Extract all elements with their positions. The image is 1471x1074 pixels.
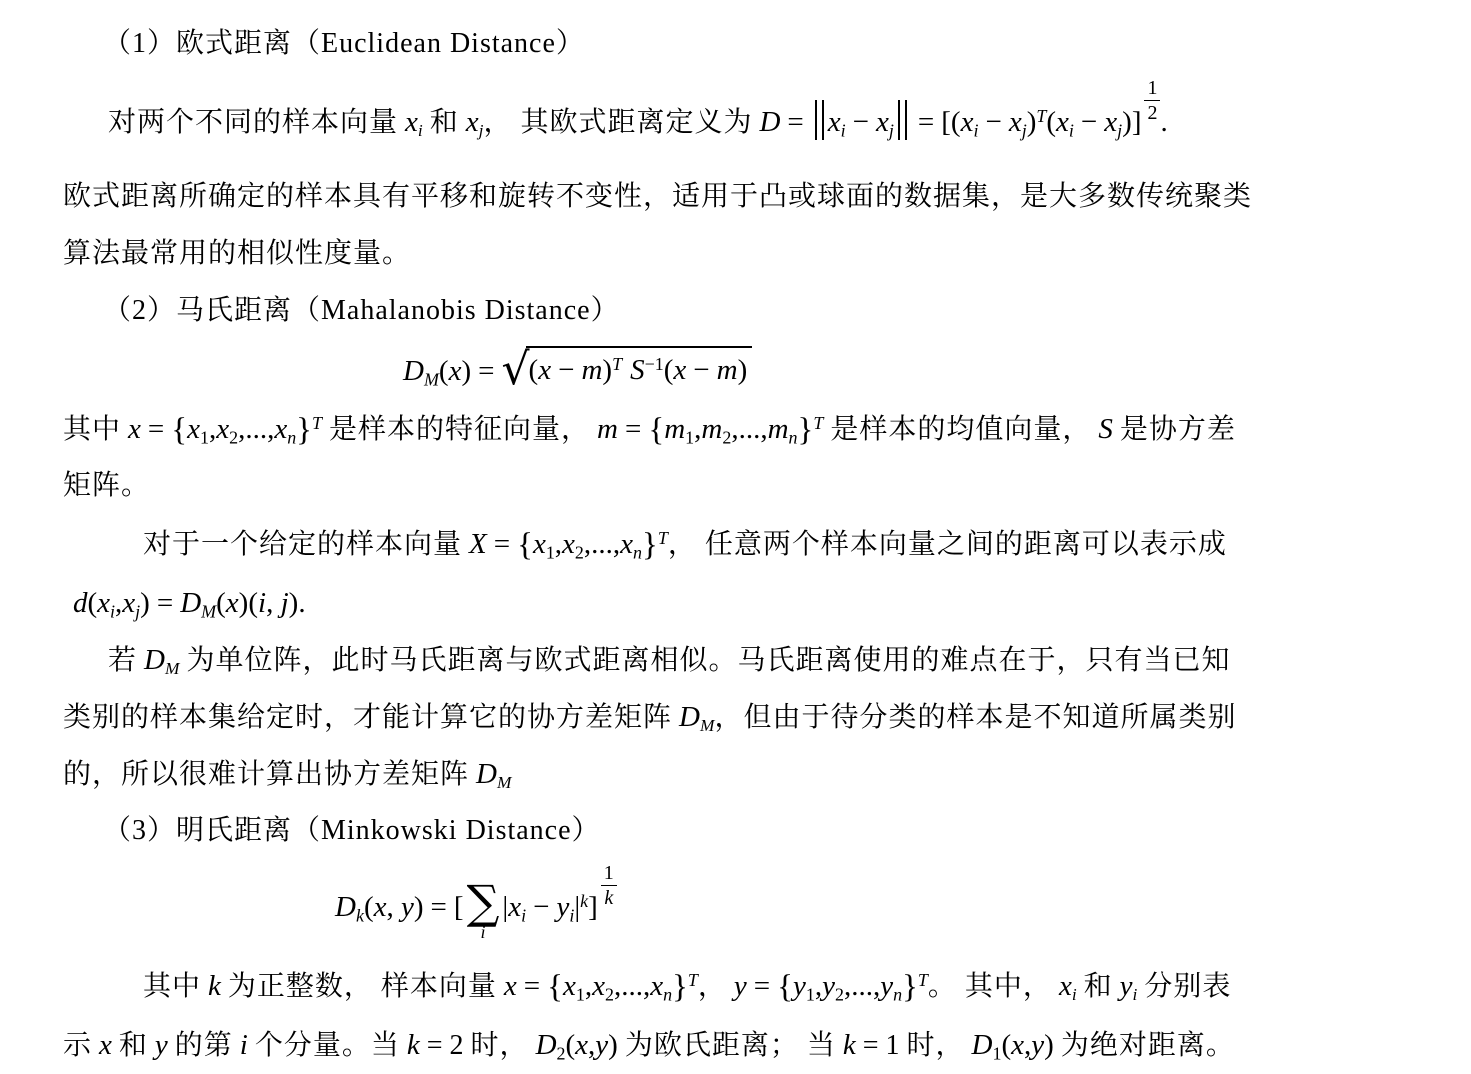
var-x: x (1056, 106, 1069, 138)
var-X: X (469, 528, 487, 560)
var-y: y (595, 1029, 608, 1061)
sub-1: 1 (685, 427, 694, 447)
formula-euclidean: D=xi−xj=[(xi−xj)T(xi−xj)]12. (759, 106, 1167, 138)
para-euclidean-line3: 算法最常用的相似性度量。 (63, 225, 1411, 282)
paren-open: ( (439, 355, 449, 387)
minus-sign: − (551, 354, 581, 386)
sub-M: M (700, 716, 714, 735)
paren-close: ) (1044, 1029, 1054, 1061)
paren-close: ) (738, 354, 748, 386)
var-D: D (536, 1029, 557, 1061)
var-y: y (1120, 970, 1133, 1002)
para-mahalanobis-line1: 其中 x={x1,x2,...,xn}T 是样本的特征向量， m={m1,m2,… (63, 400, 1411, 458)
paren-close: ) (239, 587, 249, 619)
comma: , (555, 528, 562, 560)
text-run: 和 (430, 107, 459, 138)
text-run: 欧式距离所确定的样本具有平移和旋转不变性，适用于凸或球面的数据集，是大多数传统聚… (63, 181, 1252, 212)
formula-minkowski-body: Dk(x, y)=[∑i|xi−yi|k]1k (335, 891, 617, 923)
sub-i: i (1072, 985, 1077, 1004)
paren-close: ) (1122, 106, 1132, 138)
formula-distance-body: d(xi,xj)=DM(x)(i, j). (73, 587, 306, 619)
var-D: D (180, 587, 201, 619)
sup-transpose: T (1036, 106, 1046, 126)
minus-sign: − (1074, 106, 1104, 138)
ellipsis: ,..., (731, 413, 767, 445)
var-i: i (258, 587, 266, 619)
sub-1: 1 (200, 427, 209, 447)
equals-sign: = (141, 413, 171, 445)
var-x: x (226, 587, 239, 619)
brace-close: } (902, 969, 918, 1005)
var-m: m (597, 413, 618, 445)
paren-close: ) (140, 587, 150, 619)
var-x: x (876, 106, 889, 138)
para-mahalanobis-line2: 矩阵。 (63, 458, 1411, 514)
var-x: x (405, 106, 418, 138)
var-x: x (508, 891, 521, 923)
formula-minkowski: Dk(x, y)=[∑i|xi−yi|k]1k (63, 859, 1411, 955)
paren-open: ( (529, 354, 539, 386)
paren-close: ) (414, 891, 424, 923)
bracket-open: [ (454, 891, 464, 923)
vector-x-definition: x={x1,x2,...,xn}T (504, 970, 698, 1002)
double-norm-bar-icon (898, 100, 907, 140)
ellipsis: ,..., (844, 970, 880, 1002)
sigma-icon: ∑ (467, 881, 500, 923)
text-run: 类别的样本集给定时，才能计算它的协方差矩阵 (63, 702, 672, 733)
brace-open: { (777, 969, 793, 1005)
minus-sign: − (846, 106, 876, 138)
heading-minkowski: （3）明氏距离（Minkowski Distance） (63, 803, 1411, 859)
text-run: 是样本的均值向量， (830, 414, 1091, 445)
heading-euclidean-text: （1）欧式距离（Euclidean Distance） (103, 28, 585, 59)
text-run: 和 (1084, 971, 1113, 1002)
equals-sign: = (517, 970, 547, 1002)
var-x: x (187, 413, 200, 445)
var-x: x (562, 528, 575, 560)
sub-j: j (889, 120, 894, 140)
text-run: ， (698, 971, 727, 1002)
var-D: D (144, 644, 165, 676)
var-x: x (97, 587, 110, 619)
var-m: m (581, 354, 602, 386)
brace-open: { (648, 412, 664, 448)
var-D: D (679, 701, 700, 733)
equals-sign: = (420, 1030, 450, 1061)
sub-2: 2 (605, 984, 614, 1004)
var-D: D (403, 355, 424, 387)
sup-transpose: T (813, 413, 823, 433)
fraction-denominator: k (601, 886, 617, 909)
exponent-one-over-k: 1k (601, 862, 617, 909)
brace-close: } (642, 527, 658, 563)
var-x: x (533, 528, 546, 560)
equals-sign: = (911, 106, 941, 138)
var-D: D (759, 106, 780, 138)
vector-y-definition: y={y1,y2,...,yn}T (734, 970, 928, 1002)
sub-n: n (663, 984, 672, 1004)
ellipsis: ,..., (238, 413, 274, 445)
var-x: x (673, 354, 686, 386)
var-x: x (538, 354, 551, 386)
var-x: x (1059, 970, 1072, 1002)
sub-i: i (418, 121, 423, 140)
sup-transpose: T (612, 354, 622, 374)
formula-D1: D1(x,y) (972, 1029, 1054, 1061)
var-x: x (592, 970, 605, 1002)
sub-n: n (893, 984, 902, 1004)
paren-close: ) (602, 354, 612, 386)
var-y: y (155, 1029, 168, 1061)
ellipsis: ,..., (584, 528, 620, 560)
var-m: m (664, 413, 685, 445)
text-run: 的，所以很难计算出协方差矩阵 (63, 759, 469, 790)
comma: , (585, 970, 592, 1002)
text-run: 。 其中， (928, 971, 1052, 1002)
text-run: ， 其欧式距离定义为 (483, 107, 752, 138)
minus-sign: − (978, 106, 1008, 138)
var-y: y (556, 891, 569, 923)
para-euclidean-line2: 欧式距离所确定的样本具有平移和旋转不变性，适用于凸或球面的数据集，是大多数传统聚… (63, 168, 1411, 225)
var-y: y (822, 970, 835, 1002)
bracket-close: ] (1132, 106, 1142, 138)
para-euclidean-line1: 对两个不同的样本向量 xi 和 xj， 其欧式距离定义为 D=xi−xj=[(x… (63, 76, 1411, 168)
summation: ∑i (467, 881, 500, 941)
vector-X-definition: X={x1,x2,...,xn}T (469, 528, 668, 560)
var-x: x (1009, 106, 1022, 138)
text-run: 矩阵。 (63, 470, 150, 501)
var-x: x (1104, 106, 1117, 138)
text-run: 为欧氏距离； 当 (625, 1030, 836, 1061)
paren-open: ( (1046, 106, 1056, 138)
para-minkowski-line2: 示 x 和 y 的第 i 个分量。当 k=2 时， D2(x,y) 为欧氏距离；… (63, 1017, 1411, 1074)
equals-sign: = (424, 891, 454, 923)
var-x: x (650, 970, 663, 1002)
exponent-one-half: 12 (1144, 77, 1160, 124)
equals-sign: = (471, 355, 501, 387)
sup-transpose: T (918, 970, 928, 990)
var-x: x (216, 413, 229, 445)
var-x: x (128, 413, 141, 445)
paren-close: ) (608, 1029, 618, 1061)
equals-sign: = (618, 413, 648, 445)
var-k: k (208, 970, 221, 1002)
paren-close: ) (461, 355, 471, 387)
number-2: 2 (450, 1030, 464, 1061)
var-k: k (843, 1029, 856, 1061)
sup-inverse: −1 (645, 354, 664, 374)
brace-close: } (296, 412, 312, 448)
equals-sign: = (150, 587, 180, 619)
var-x: x (961, 106, 974, 138)
para-identity-line3: 的，所以很难计算出协方差矩阵 DM (63, 746, 1411, 803)
var-y: y (1031, 1029, 1044, 1061)
minus-sign: − (526, 891, 556, 923)
text-run: 对于一个给定的样本向量 (143, 529, 462, 560)
sub-2: 2 (575, 542, 584, 562)
text-run: 分别表 (1144, 971, 1231, 1002)
var-x: x (1011, 1029, 1024, 1061)
text-run: 的第 (175, 1030, 233, 1061)
var-x: x (620, 528, 633, 560)
formula-mahalanobis-body: DM(x)=√(x−m)TS−1(x−m) (403, 355, 752, 387)
var-m: m (701, 413, 722, 445)
text-run: ， 任意两个样本向量之间的距离可以表示成 (668, 529, 1227, 560)
var-m: m (768, 413, 789, 445)
text-run: 其中 (143, 971, 201, 1002)
para-identity-line2: 类别的样本集给定时，才能计算它的协方差矩阵 DM，但由于待分类的样本是不知道所属… (63, 689, 1411, 746)
heading-mahalanobis: （2）马氏距离（Mahalanobis Distance） (63, 282, 1411, 340)
var-y: y (793, 970, 806, 1002)
ellipsis: ,..., (614, 970, 650, 1002)
vector-m-definition: m={m1,m2,...,mn}T (597, 413, 823, 445)
sub-n: n (287, 427, 296, 447)
var-x: x (575, 1029, 588, 1061)
brace-open: { (547, 969, 563, 1005)
text-run: 示 (63, 1030, 92, 1061)
fraction-numerator: 1 (601, 862, 617, 886)
sub-M: M (497, 773, 511, 792)
sub-2: 2 (722, 427, 731, 447)
var-S: S (1098, 413, 1113, 445)
document-content: （1）欧式距离（Euclidean Distance） 对两个不同的样本向量 x… (0, 0, 1471, 1074)
var-y: y (734, 970, 747, 1002)
fraction-denominator: 2 (1144, 101, 1160, 124)
paren-open: ( (1001, 1029, 1011, 1061)
sub-2: 2 (229, 427, 238, 447)
var-m: m (717, 354, 738, 386)
comma: , (386, 891, 393, 923)
text-run: ，但由于待分类的样本是不知道所属类别 (714, 702, 1236, 733)
sub-2: 2 (557, 1043, 566, 1063)
text-run: 对两个不同的样本向量 (108, 107, 398, 138)
brace-open: { (517, 527, 533, 563)
sub-M: M (165, 659, 179, 678)
comma: , (266, 587, 273, 619)
var-i: i (240, 1029, 248, 1061)
sub-i: i (1133, 985, 1138, 1004)
bracket-open: [ (941, 106, 951, 138)
sub-n: n (789, 427, 798, 447)
var-x: x (449, 355, 462, 387)
var-x: x (274, 413, 287, 445)
para-identity-line1: 若 DM 为单位阵，此时马氏距离与欧式距离相似。马氏距离使用的难点在于，只有当已… (63, 632, 1411, 689)
var-x: x (504, 970, 517, 1002)
brace-close: } (798, 412, 814, 448)
brace-open: { (171, 412, 187, 448)
var-D: D (972, 1029, 993, 1061)
text-run: 和 (119, 1030, 148, 1061)
fraction-numerator: 1 (1144, 77, 1160, 101)
text-run: 时， (471, 1030, 529, 1061)
paren-open: ( (88, 587, 98, 619)
var-d: d (73, 587, 88, 619)
period: . (298, 587, 305, 619)
var-x: x (466, 106, 479, 138)
sub-2: 2 (835, 984, 844, 1004)
number-1: 1 (886, 1030, 900, 1061)
text-run: 是协方差 (1120, 414, 1236, 445)
heading-euclidean: （1）欧式距离（Euclidean Distance） (63, 12, 1411, 76)
sub-1: 1 (576, 984, 585, 1004)
sub-1: 1 (806, 984, 815, 1004)
radicand: (x−m)TS−1(x−m) (526, 346, 753, 393)
sup-k: k (580, 891, 588, 911)
sub-k: k (356, 905, 364, 925)
heading-mahalanobis-text: （2）马氏距离（Mahalanobis Distance） (103, 295, 620, 326)
vector-x-definition: x={x1,x2,...,xn}T (128, 413, 322, 445)
var-k: k (407, 1029, 420, 1061)
sup-transpose: T (312, 413, 322, 433)
square-root: √(x−m)TS−1(x−m) (502, 340, 753, 401)
paren-open: ( (216, 587, 226, 619)
text-run: 为单位阵，此时马氏距离与欧式距离相似。马氏距离使用的难点在于，只有当已知 (186, 645, 1230, 676)
heading-minkowski-text: （3）明氏距离（Minkowski Distance） (103, 815, 601, 846)
var-x: x (374, 891, 387, 923)
var-y: y (401, 891, 414, 923)
paren-close: ) (289, 587, 299, 619)
equals-sign: = (747, 970, 777, 1002)
var-y: y (880, 970, 893, 1002)
paren-open: ( (248, 587, 258, 619)
sub-M: M (424, 369, 439, 389)
sub-n: n (633, 542, 642, 562)
paren-open: ( (566, 1029, 576, 1061)
sub-M: M (201, 601, 216, 621)
sup-transpose: T (658, 528, 668, 548)
sup-transpose: T (688, 970, 698, 990)
sub-1: 1 (546, 542, 555, 562)
text-run: 为绝对距离。 (1061, 1030, 1235, 1061)
text-run: 时， (907, 1030, 965, 1061)
var-D: D (476, 758, 497, 790)
var-x: x (99, 1029, 112, 1061)
text-run: 个分量。当 (255, 1030, 400, 1061)
para-given-vector: 对于一个给定的样本向量 X={x1,x2,...,xn}T， 任意两个样本向量之… (63, 514, 1411, 574)
var-x: x (828, 106, 841, 138)
text-run: 其中 (63, 414, 121, 445)
paren-close: ) (1027, 106, 1037, 138)
paren-open: ( (664, 354, 674, 386)
equals-sign: = (856, 1030, 886, 1061)
text-run: 为正整数， 样本向量 (228, 971, 497, 1002)
var-x: x (563, 970, 576, 1002)
var-D: D (335, 891, 356, 923)
text-run: 算法最常用的相似性度量。 (63, 238, 411, 269)
var-x: x (122, 587, 135, 619)
para-minkowski-line1: 其中 k 为正整数， 样本向量 x={x1,x2,...,xn}T， y={y1… (63, 955, 1411, 1017)
text-run: 若 (108, 645, 137, 676)
var-j: j (281, 587, 289, 619)
period: . (1160, 106, 1167, 138)
paren-open: ( (364, 891, 374, 923)
double-norm-bar-icon (815, 100, 824, 140)
formula-D2: D2(x,y) (536, 1029, 618, 1061)
text-run: 是样本的特征向量， (329, 414, 590, 445)
equals-sign: = (487, 528, 517, 560)
document-page: （1）欧式距离（Euclidean Distance） 对两个不同的样本向量 x… (0, 0, 1471, 1074)
equals-sign: = (780, 106, 810, 138)
paren-open: ( (951, 106, 961, 138)
brace-close: } (672, 969, 688, 1005)
bracket-close: ] (588, 891, 598, 923)
formula-distance-expression: d(xi,xj)=DM(x)(i, j). (63, 574, 1411, 632)
var-S: S (630, 354, 645, 386)
sub-i: i (841, 120, 846, 140)
minus-sign: − (686, 354, 716, 386)
formula-mahalanobis: DM(x)=√(x−m)TS−1(x−m) (63, 340, 1411, 400)
